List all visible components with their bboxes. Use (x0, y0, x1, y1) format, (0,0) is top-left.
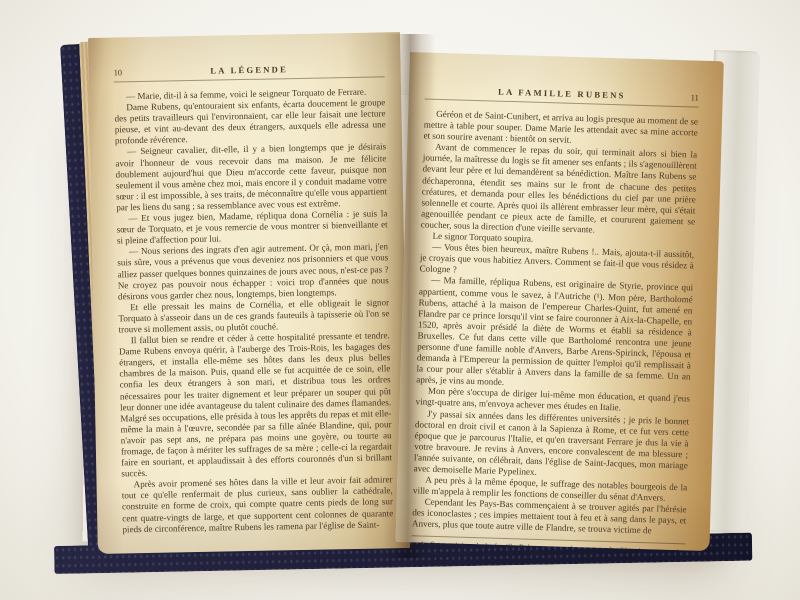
right-running-title: LA FAMILLE RUBENS (459, 85, 665, 101)
paragraph: Avant de commencer le repas du soir, qui… (421, 142, 698, 239)
paragraph: Cependant les Pays-Bas commençaient à se… (412, 497, 687, 538)
paragraph: — Nous serions des ingrats d'en agir aut… (117, 242, 389, 303)
right-page-number: 11 (665, 93, 699, 103)
paragraph: Après avoir promené ses hôtes dans la vi… (121, 475, 393, 536)
book-photo: 10 LA LÉGENDE — Marie, dit-il à sa femme… (0, 0, 800, 600)
paragraph: Dame Rubens, qu'entouraient six enfants,… (114, 97, 386, 147)
left-page-header: 10 LA LÉGENDE (114, 62, 385, 77)
paragraph: Il fallut bien se rendre et céder à cett… (119, 330, 393, 479)
left-header-rule (114, 76, 385, 82)
paragraph: — Et vous jugez bien, Madame, répliqua d… (116, 208, 388, 246)
paragraph: J'y passai six années dans les différent… (413, 408, 689, 483)
left-page: 10 LA LÉGENDE — Marie, dit-il à sa femme… (88, 32, 410, 554)
header-spacer (425, 92, 459, 93)
paragraph: Et elle pressait les mains de Cornélia, … (118, 297, 390, 335)
left-page-text: — Marie, dit-il à sa femme, voici le sei… (114, 86, 393, 535)
paragraph: — Ma famille, répliqua Rubens, est origi… (416, 275, 693, 394)
left-page-number: 10 (114, 68, 148, 78)
right-page-text: Géréon et de Saint-Cunibert, et arriva a… (412, 108, 698, 538)
left-running-title: LA LÉGENDE (148, 63, 351, 77)
paragraph: — Seigneur cavalier, dit-elle, il y a bi… (115, 142, 387, 214)
right-page: LA FAMILLE RUBENS 11 Géréon et de Saint-… (395, 52, 723, 551)
header-spacer (351, 70, 385, 71)
